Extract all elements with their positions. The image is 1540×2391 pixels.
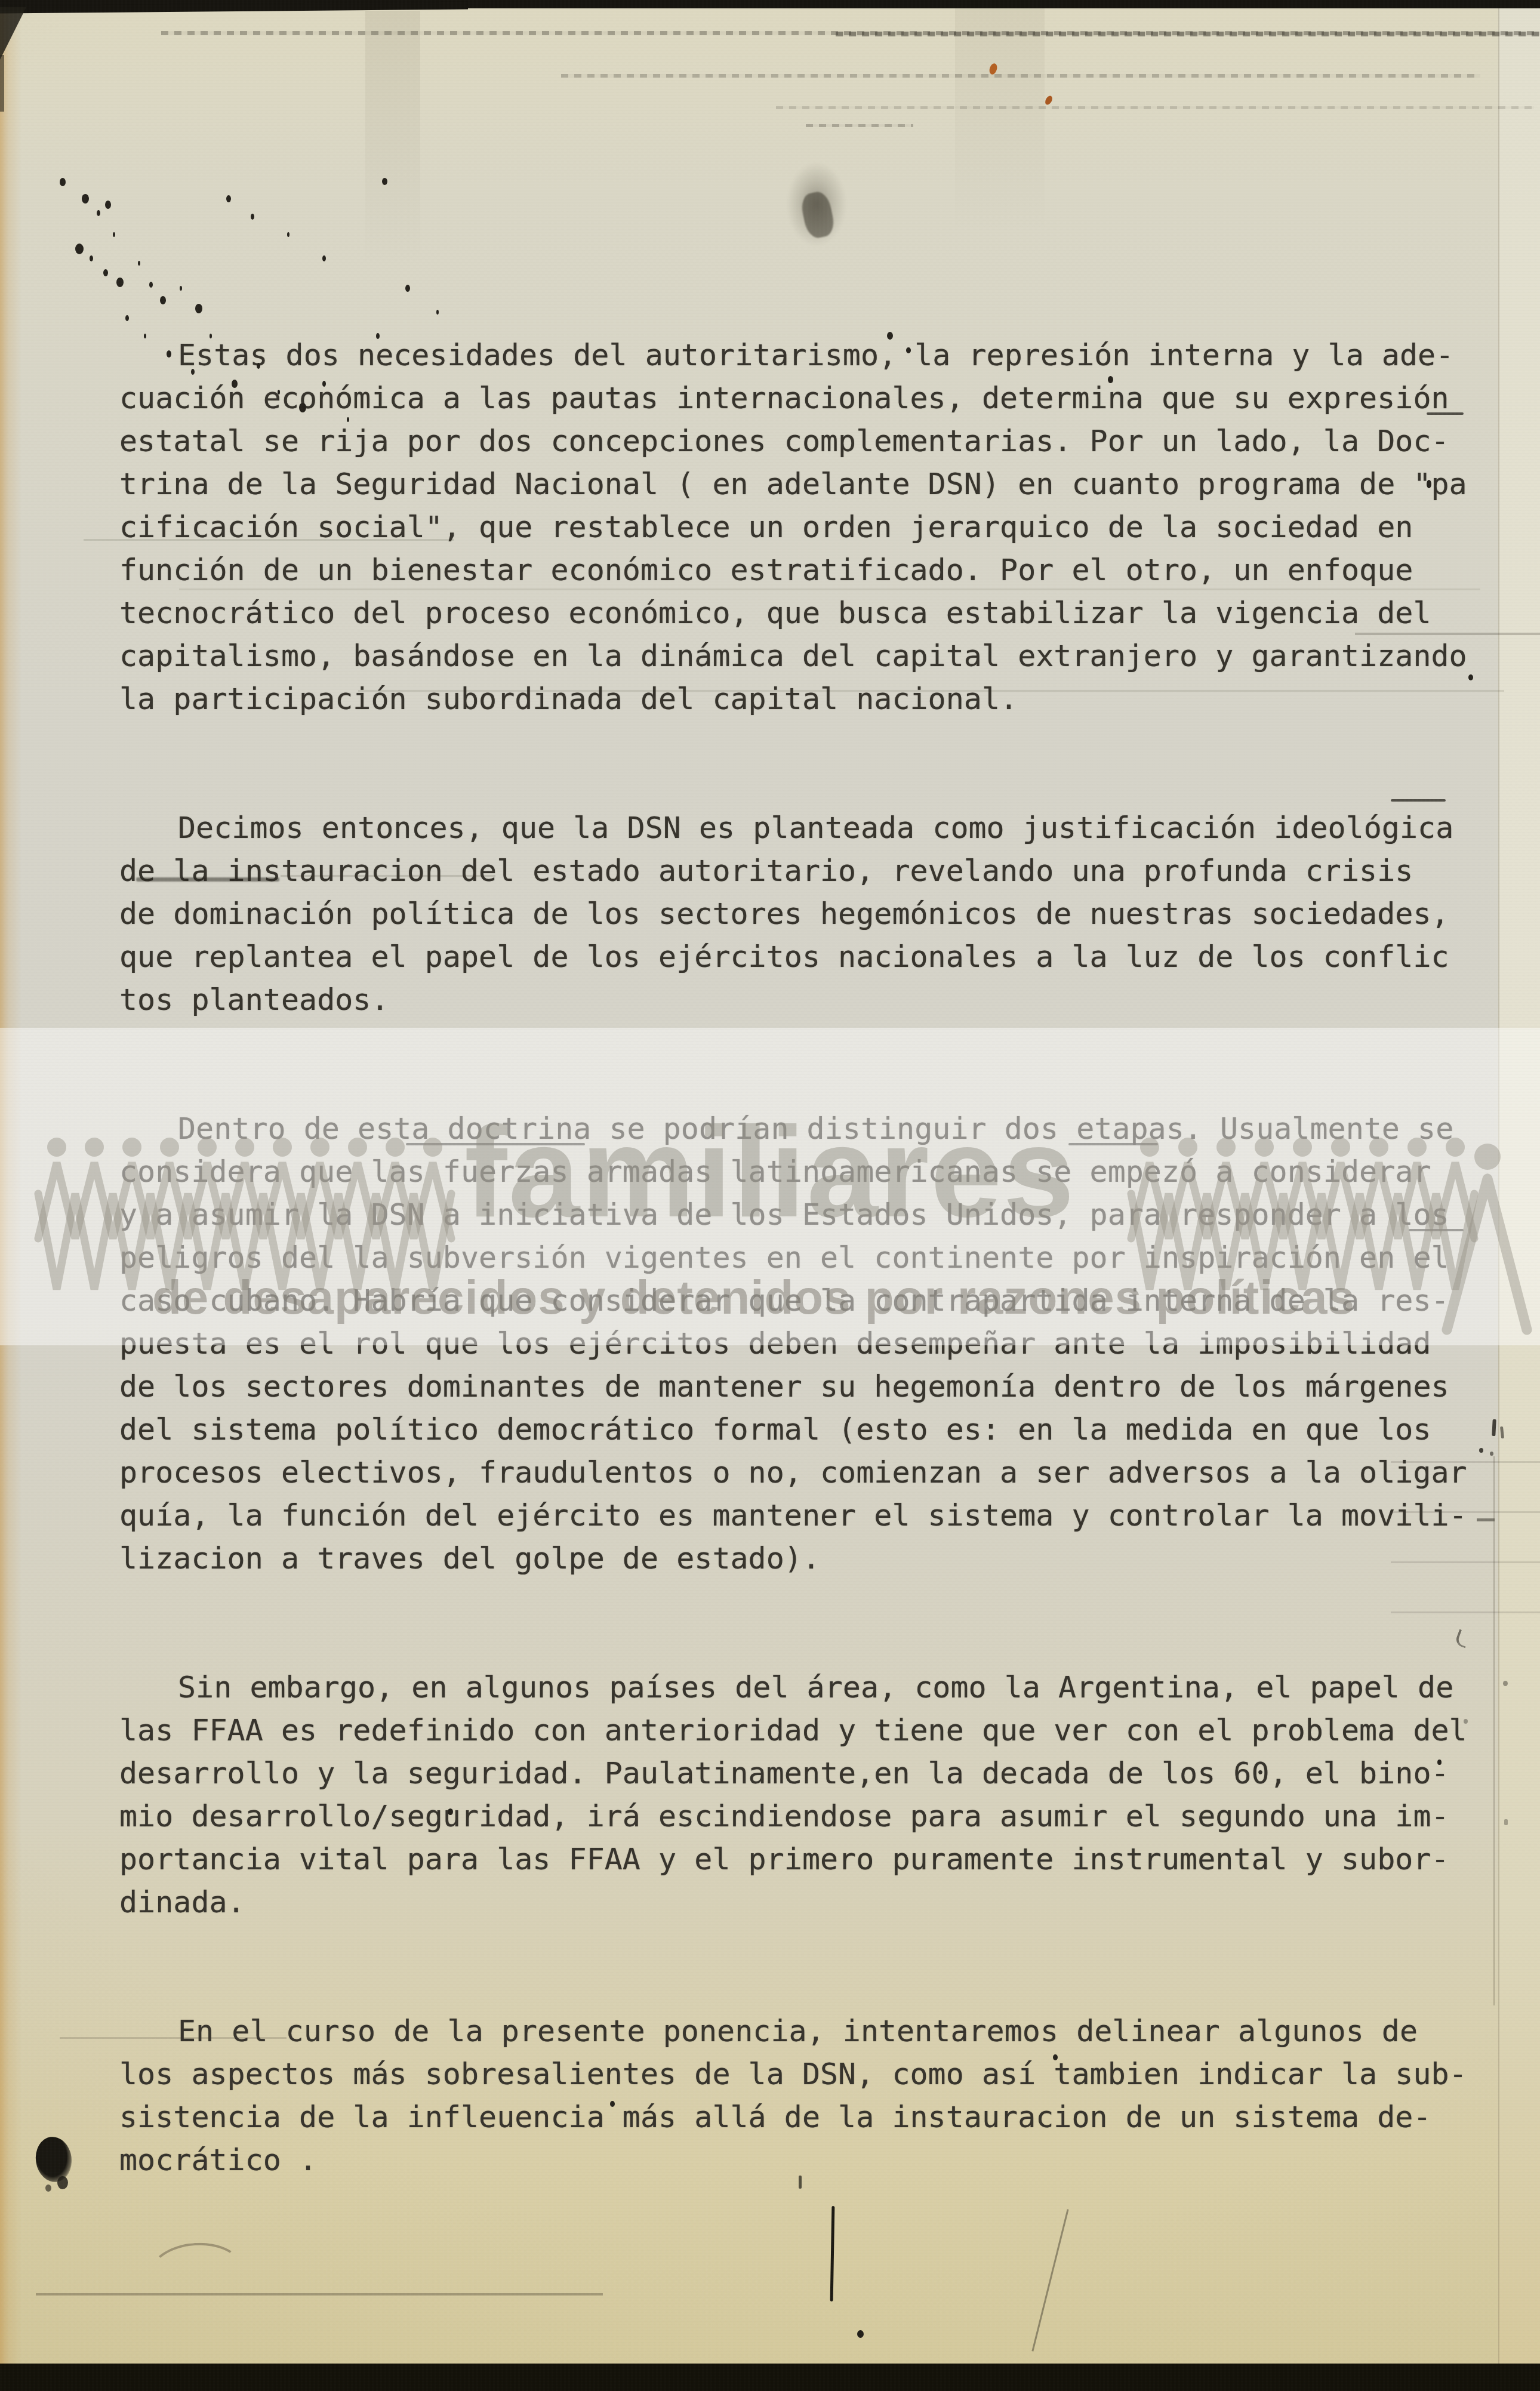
margin-mark (1464, 1719, 1468, 1724)
underline-pa (1427, 412, 1464, 415)
corner-shadow (0, 7, 26, 60)
ink-speck (906, 347, 911, 353)
ink-speck (1437, 1760, 1442, 1765)
scan-line (776, 106, 1534, 109)
ink-blob-satellite (57, 2176, 68, 2189)
ink-speck (610, 2101, 615, 2107)
paragraph-2: Decimos entonces, que la DSN es plantead… (119, 806, 1516, 1021)
streak (1391, 1561, 1540, 1563)
scan-line (561, 74, 1480, 78)
ink-dot (857, 2330, 864, 2338)
pencil-line (36, 2293, 603, 2296)
paper-fold-shadow (955, 8, 1045, 235)
scan-edge-bottom (0, 2364, 1540, 2391)
streak (1391, 1612, 1540, 1613)
paper-fold-shadow (365, 11, 420, 267)
margin-mark (1479, 1448, 1483, 1453)
margin-mark (1504, 1819, 1508, 1825)
ink-speck-cluster (60, 178, 66, 186)
ink-blob-satellite (45, 2184, 51, 2192)
streak (136, 877, 279, 882)
ink-speck (1108, 376, 1113, 383)
scanned-document-page: Estas dos necesidades del autoritarismo,… (0, 0, 1540, 2391)
watermark-word: familiares (464, 1108, 1076, 1236)
margin-mark (1490, 1452, 1493, 1456)
ink-speck (887, 332, 893, 340)
streak (281, 875, 495, 877)
paragraph-4: Sin embargo, en algunos países del área,… (119, 1666, 1516, 1924)
streak (1355, 633, 1540, 635)
streak (358, 690, 1504, 692)
scan-edge-line (1493, 1456, 1495, 2005)
scan-line (836, 32, 1540, 36)
margin-mark (1477, 1518, 1495, 1521)
scan-line (806, 124, 913, 127)
streak (84, 539, 454, 541)
ink-speck (1053, 2054, 1058, 2060)
watermark-caption: de desaparecidos y detenidos por razones… (152, 1274, 1355, 1321)
ink-blob (33, 2134, 75, 2184)
ink-speck (448, 1808, 453, 1815)
streak (60, 2037, 287, 2039)
ink-speck (382, 178, 387, 185)
streak (1391, 1461, 1540, 1463)
underline-lic (1391, 799, 1446, 802)
ink-speck (1427, 480, 1431, 488)
ink-speck (1468, 674, 1473, 680)
ink-tick (799, 2176, 802, 2189)
paragraph-1: Estas dos necesidades del autoritarismo,… (119, 334, 1516, 720)
streak (1391, 1511, 1540, 1513)
margin-mark (1503, 1681, 1508, 1686)
streak (179, 588, 1480, 590)
edge-shadow (0, 55, 4, 112)
rust-speck (1044, 95, 1054, 106)
paragraph-5: En el curso de la presente ponencia, int… (119, 2010, 1516, 2182)
